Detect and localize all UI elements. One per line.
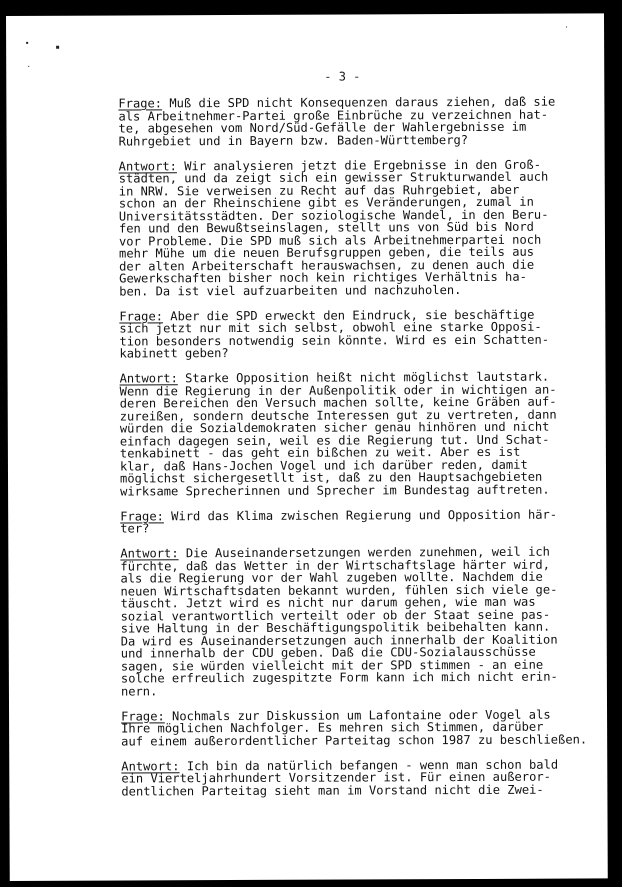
interview-text: Frage: Muß die SPD nicht Konsequenzen da…: [118, 95, 601, 810]
line-text: Wird das Klima zwischen Regierung und Op…: [164, 507, 557, 523]
line-text: ben. Da ist viel aufzuarbeiten und nachz…: [119, 283, 461, 298]
line-text: nern.: [121, 684, 157, 698]
text-line: Ruhrgebiet und in Bayern bzw. Baden-Würt…: [119, 133, 599, 148]
text-line: Frage: Wird das Klima zwischen Regierung…: [120, 508, 600, 523]
question-block: Frage: Muß die SPD nicht Konsequenzen da…: [118, 95, 598, 147]
line-text: auf einem außerordentlicher Parteitag sc…: [121, 732, 587, 748]
answer-block: Antwort: Wir analysieren jetzt die Ergeb…: [119, 158, 600, 298]
line-text: Ruhrgebiet und in Bayern bzw. Baden-Würt…: [119, 132, 469, 148]
scanned-page: - 3 - Frage: Muß die SPD nicht Konsequen…: [6, 13, 608, 881]
text-line: solche erfreulich zugespitzte Form kann …: [121, 670, 601, 685]
scan-speck: [28, 66, 29, 67]
scan-speck: [56, 46, 59, 49]
page-number: - 3 -: [324, 69, 360, 83]
line-text: wirksame Sprecherinnen und Sprecher im B…: [120, 482, 550, 498]
line-text: kabinett geben?: [119, 346, 228, 360]
line-text: ter?: [120, 521, 149, 535]
answer-block: Antwort: Die Auseinandersetzungen werden…: [120, 545, 601, 697]
line-text: dentlichen Parteitag sieht man im Vorsta…: [121, 782, 543, 798]
question-block: Frage: Wird das Klima zwischen Regierung…: [120, 508, 600, 535]
line-text: solche erfreulich zugespitzte Form kann …: [121, 670, 558, 686]
text-line: auf einem außerordentlicher Parteitag sc…: [121, 733, 601, 748]
question-block: Frage: Nochmals zur Diskussion um Lafont…: [121, 708, 601, 748]
scan-speck: [566, 27, 567, 28]
text-line: wirksame Sprecherinnen und Sprecher im B…: [120, 483, 600, 498]
text-line: kabinett geben?: [119, 345, 599, 360]
scan-speck: [26, 42, 28, 44]
answer-block: Antwort: Starke Opposition heißt nicht m…: [120, 370, 601, 497]
question-block: Frage: Aber die SPD erweckt den Eindruck…: [119, 308, 599, 360]
answer-block: Antwort: Ich bin da natürlich befangen -…: [121, 758, 601, 798]
text-line: ben. Da ist viel aufzuarbeiten und nachz…: [119, 283, 599, 298]
text-line: dentlichen Parteitag sieht man im Vorsta…: [121, 783, 601, 798]
